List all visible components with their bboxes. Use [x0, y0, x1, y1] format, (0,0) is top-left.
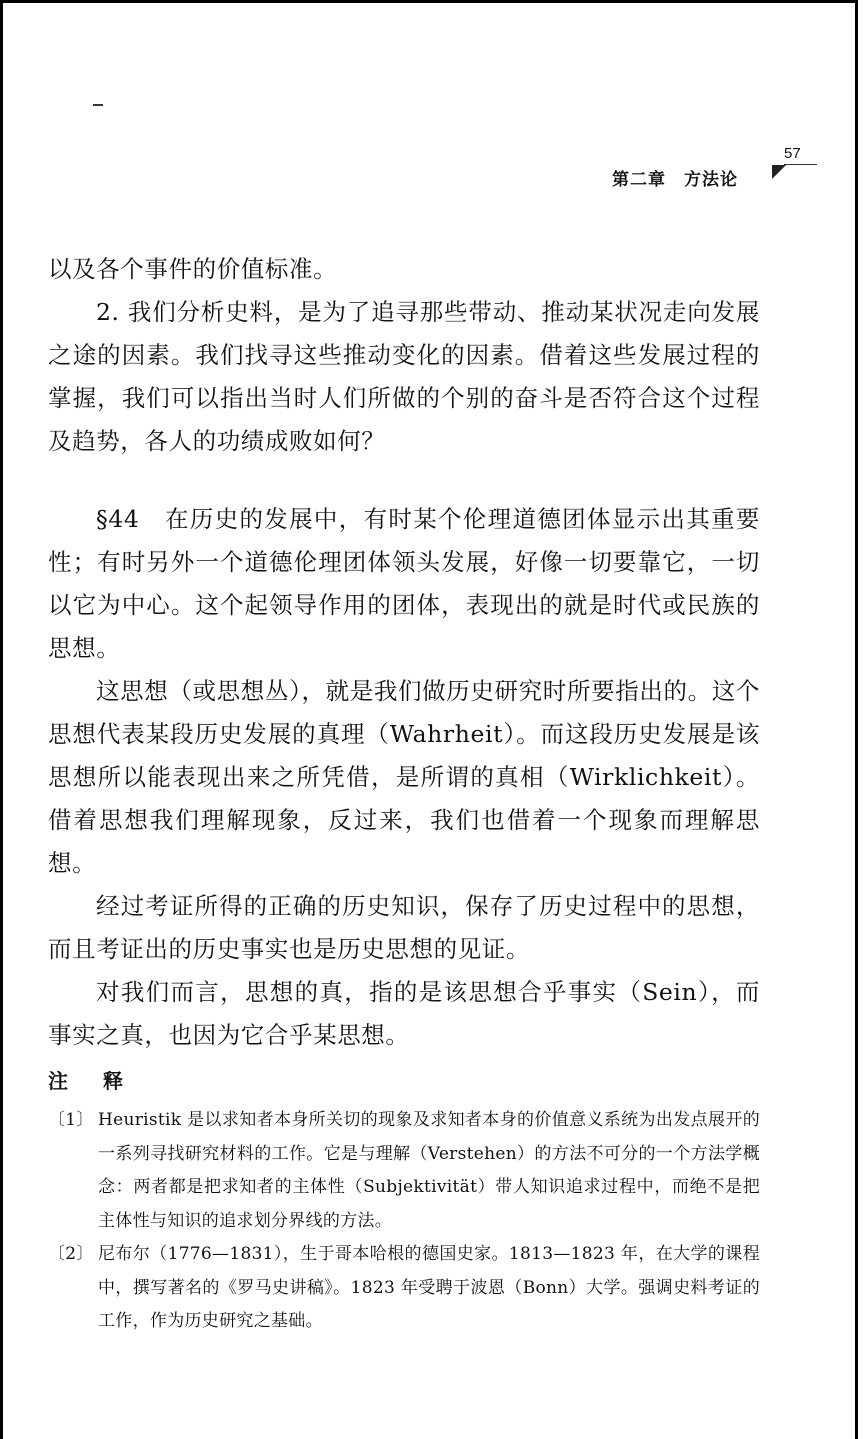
notes-title: 注 释 — [48, 1064, 760, 1098]
header-rule — [784, 164, 817, 165]
page-number: 57 — [784, 145, 801, 162]
paragraph: 2. 我们分析史料，是为了追寻那些带动、推动某状况走向发展之途的因素。我们找寻这… — [48, 291, 760, 463]
scan-mark — [93, 104, 103, 106]
paragraph: 以及各个事件的价值标准。 — [48, 248, 760, 291]
section-gap — [48, 463, 760, 498]
section-paragraph: §44 在历史的发展中，有时某个伦理道德团体显示出其重要性；有时另外一个道德伦理… — [48, 498, 760, 670]
footnote: 〔2〕 尼布尔（1776—1831），生于哥本哈根的德国史家。1813—1823… — [48, 1238, 760, 1339]
page-corner-triangle-icon — [772, 165, 786, 179]
footnote-text: Heuristik 是以求知者本身所关切的现象及求知者本身的价值意义系统为出发点… — [98, 1110, 760, 1231]
chapter-title: 第二章 方法论 — [612, 165, 738, 190]
running-header: 第二章 方法论 57 — [600, 145, 830, 185]
paragraph: 对我们而言，思想的真，指的是该思想合乎事实（Sein），而事实之真，也因为它合乎… — [48, 971, 760, 1057]
footnote-text: 尼布尔（1776—1831），生于哥本哈根的德国史家。1813—1823 年，在… — [98, 1244, 760, 1331]
notes-section: 注 释 〔1〕 Heuristik 是以求知者本身所关切的现象及求知者本身的价值… — [48, 1064, 760, 1339]
footnote: 〔1〕 Heuristik 是以求知者本身所关切的现象及求知者本身的价值意义系统… — [48, 1104, 760, 1238]
paragraph: 经过考证所得的正确的历史知识，保存了历史过程中的思想，而且考证出的历史事实也是历… — [48, 885, 760, 971]
main-text: 以及各个事件的价值标准。 2. 我们分析史料，是为了追寻那些带动、推动某状况走向… — [48, 248, 760, 1057]
footnote-number: 〔2〕 — [48, 1238, 94, 1272]
paragraph: 这思想（或思想丛），就是我们做历史研究时所要指出的。这个思想代表某段历史发展的真… — [48, 670, 760, 885]
footnote-number: 〔1〕 — [48, 1104, 94, 1138]
